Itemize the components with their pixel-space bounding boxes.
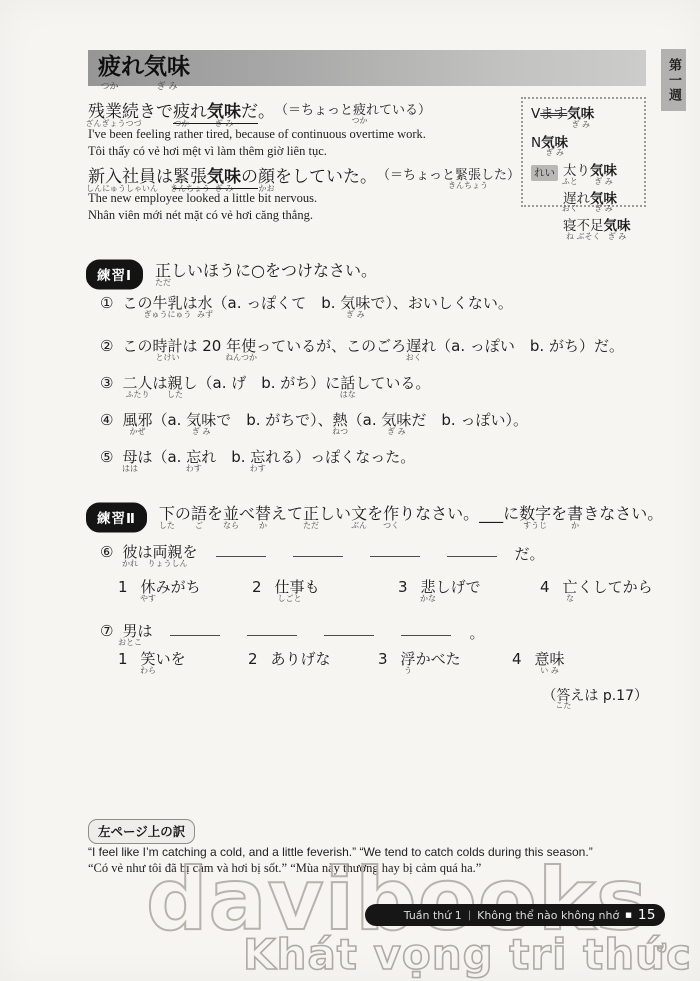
watermark-slogan: Khát vọng tri thức xyxy=(243,930,692,979)
question-3-number: ③ xyxy=(100,374,113,394)
footer-page-bar: Tuần thứ 1 | Không thể nào không nhớ ■ 1… xyxy=(365,904,665,926)
question-5-text: 母ははは（a. 忘わすれ b. 忘わすれる）っぽくなった。 xyxy=(122,448,415,468)
question-4-text: 風邪かぜ（a. 気味ぎ みで b. がちで）、熱ねつ（a. 気味ぎ みだ b. … xyxy=(122,411,528,431)
question-7-option-4: 4 意味い み xyxy=(512,650,565,670)
question-7-number: ⑦ xyxy=(100,622,113,643)
question-6-option-4: 4 亡なくしてから xyxy=(540,578,653,598)
option-number: 4 xyxy=(512,650,522,670)
option-number: 3 xyxy=(398,578,408,598)
option-text: 浮うかべた xyxy=(401,650,461,670)
example-sentence-1-english: I've been feeling rather tired, because … xyxy=(88,127,426,142)
lesson-title-bar: 疲つかれ気味ぎ み xyxy=(88,50,646,86)
example-sentence-1-japanese: 残業続ざんぎょうつづきで疲つかれ気味ぎ みだ。（＝ちょっと疲つかれている） xyxy=(88,101,431,123)
question-7-option-3: 3 浮うかべた xyxy=(378,650,461,670)
example-sentence-2-english: The new employee looked a little bit ner… xyxy=(88,191,317,206)
question-7-stem: 男おとこは xyxy=(122,622,152,643)
question-4: ④ 風邪かぜ（a. 気味ぎ みで b. がちで）、熱ねつ（a. 気味ぎ みだ b… xyxy=(100,411,528,431)
lesson-title: 疲つかれ気味ぎ み xyxy=(98,53,190,83)
question-6: ⑥ 彼かれは両親りょうしんを だ。 xyxy=(100,543,545,564)
question-2-number: ② xyxy=(100,337,113,357)
translation-english: “I feel like I’m catching a cold, and a … xyxy=(88,845,593,859)
question-3: ③ 二人ふたりは親したし（a. げ b. がち）に話はなしている。 xyxy=(100,374,430,394)
translation-vietnamese: “Có vẻ như tôi đã bị cảm và hơi bị sốt.”… xyxy=(88,861,481,876)
footer-bullet-icon: ■ xyxy=(625,911,632,919)
option-number: 1 xyxy=(118,578,128,598)
footer-separator: | xyxy=(468,910,471,921)
question-6-number: ⑥ xyxy=(100,543,113,564)
example-sentence-2-japanese: 新入社員しんにゅうしゃいんは緊張きんちょう気味ぎ みの顔かおをしていた。（＝ちょ… xyxy=(88,166,520,188)
option-text: 仕事しごとも xyxy=(275,578,320,598)
exercise-2-badge: 練習Ⅱ xyxy=(88,504,145,531)
grammar-form-box: Vます気味ぎ み N気味ぎ み れい 太ふとり気味ぎ み 遅おくれ気味ぎ み 寝… xyxy=(521,97,646,207)
option-text: 意味い み xyxy=(535,650,565,670)
question-6-tail: だ。 xyxy=(515,543,545,564)
rei-items: 太ふとり気味ぎ み 遅おくれ気味ぎ み 寝不足ね ぶそく気味ぎ み xyxy=(563,163,631,246)
answer-blank xyxy=(293,543,343,557)
exercise-2-instruction: 下したの語ごを並ならべ替かえて正ただしい文ぶんを作つくりなさい。___に数字すう… xyxy=(159,504,663,525)
question-2-text: この時計とけいは 20 年使ねんつかっているが、このごろ遅おくれ（a. っぽい … xyxy=(122,337,624,357)
question-6-option-3: 3 悲かなしげで xyxy=(398,578,481,598)
example-sentence-2-vietnamese: Nhân viên mới nét mặt có vẻ hơi căng thẳ… xyxy=(88,208,313,223)
option-number: 1 xyxy=(118,650,128,670)
exercise-2-header: 練習Ⅱ 下したの語ごを並ならべ替かえて正ただしい文ぶんを作つくりなさい。___に… xyxy=(88,504,663,531)
question-5: ⑤ 母ははは（a. 忘わすれ b. 忘わすれる）っぽくなった。 xyxy=(100,448,415,468)
question-7-tail: 。 xyxy=(469,622,484,643)
question-7-option-1: 1 笑わらいを xyxy=(118,650,186,670)
option-text: 休やすみがち xyxy=(141,578,201,598)
example-sentence-1-vietnamese: Tôi thấy có vẻ hơi mệt vì làm thêm giờ l… xyxy=(88,144,327,159)
grammar-form-noun: N気味ぎ み xyxy=(531,135,637,153)
question-1: ① この牛乳ぎゅうにゅうは水みず（a. っぽくて b. 気味ぎ みで）、おいしく… xyxy=(100,294,513,314)
answer-blank xyxy=(247,622,297,636)
grammar-form-verb: Vます気味ぎ み xyxy=(531,106,637,124)
rei-badge: れい xyxy=(531,165,558,181)
answer-blank xyxy=(370,543,420,557)
option-text: 亡なくしてから xyxy=(563,578,653,598)
answer-blank xyxy=(447,543,497,557)
week-tab: 第一週 xyxy=(661,49,686,111)
answer-blank xyxy=(170,622,220,636)
option-number: 2 xyxy=(252,578,262,598)
rei-item: 寝不足ね ぶそく気味ぎ み xyxy=(563,218,631,236)
answer-blank xyxy=(216,543,266,557)
exercise-1-header: 練習Ⅰ 正ただしいほうに○をつけなさい。 xyxy=(88,261,377,288)
rei-item: 遅おくれ気味ぎ み xyxy=(563,191,631,209)
answer-blank xyxy=(324,622,374,636)
option-number: 4 xyxy=(540,578,550,598)
answer-blank xyxy=(401,622,451,636)
exercise-1-instruction: 正ただしいほうに○をつけなさい。 xyxy=(155,261,377,282)
question-5-number: ⑤ xyxy=(100,448,113,468)
question-6-option-2: 2 仕事しごとも xyxy=(252,578,320,598)
question-7: ⑦ 男おとこは 。 xyxy=(100,622,485,643)
footer-week-label: Tuần thứ 1 xyxy=(404,909,462,922)
question-7-option-2: 2 ありげな xyxy=(248,650,331,670)
option-number: 3 xyxy=(378,650,388,670)
book-page: 疲つかれ気味ぎ み 第一週 残業続ざんぎょうつづきで疲つかれ気味ぎ みだ。（＝ち… xyxy=(0,0,700,981)
question-1-number: ① xyxy=(100,294,113,314)
footer-chapter-title: Không thể nào không nhớ xyxy=(477,909,619,922)
option-text: 悲かなしげで xyxy=(421,578,481,598)
question-1-text: この牛乳ぎゅうにゅうは水みず（a. っぽくて b. 気味ぎ みで）、おいしくない… xyxy=(122,294,512,314)
answer-page-note: （答こたえは p.17） xyxy=(505,687,648,705)
option-text: 笑わらいを xyxy=(141,650,186,670)
footer-page-number: 15 xyxy=(638,907,656,923)
rei-item: 太ふとり気味ぎ み xyxy=(563,163,631,181)
translation-section-badge: 左ページ上の訳 xyxy=(88,819,195,844)
question-4-number: ④ xyxy=(100,411,113,431)
option-text: ありげな xyxy=(271,650,331,670)
grammar-examples: れい 太ふとり気味ぎ み 遅おくれ気味ぎ み 寝不足ね ぶそく気味ぎ み xyxy=(531,163,637,246)
question-6-stem: 彼かれは両親りょうしんを xyxy=(122,543,197,564)
question-6-option-1: 1 休やすみがち xyxy=(118,578,201,598)
option-number: 2 xyxy=(248,650,258,670)
exercise-1-badge: 練習Ⅰ xyxy=(88,261,141,288)
question-3-text: 二人ふたりは親したし（a. げ b. がち）に話はなしている。 xyxy=(122,374,430,394)
question-2: ② この時計とけいは 20 年使ねんつかっているが、このごろ遅おくれ（a. っぽ… xyxy=(100,337,624,357)
